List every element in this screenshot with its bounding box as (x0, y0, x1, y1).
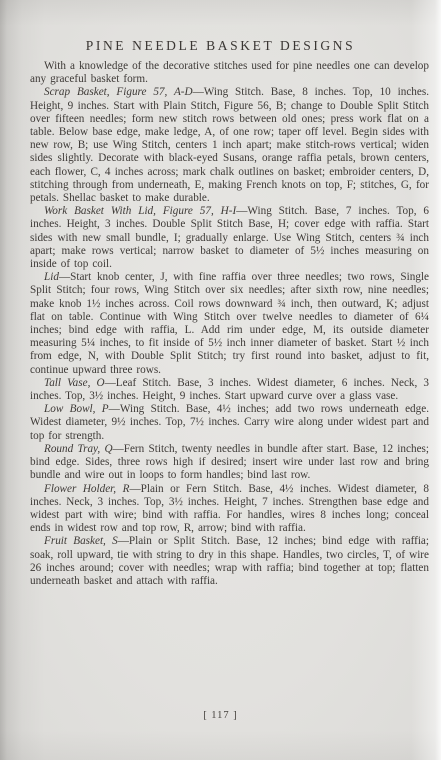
paragraph-lead: Scrap Basket, Figure 57, A-D (44, 86, 193, 98)
paragraph-lead: Flower Holder, R (44, 483, 129, 495)
paragraph-lead: Fruit Basket, S (44, 535, 118, 547)
paragraph: Scrap Basket, Figure 57, A-D—Wing Stitch… (30, 86, 429, 205)
paragraph: Fruit Basket, S—Plain or Split Stitch. B… (30, 535, 429, 588)
page-title: PINE NEEDLE BASKET DESIGNS (0, 0, 441, 54)
paragraph-text: With a knowledge of the decorative stitc… (30, 60, 429, 85)
paragraph-lead: Round Tray, Q (44, 443, 113, 455)
book-page: PINE NEEDLE BASKET DESIGNS With a knowle… (0, 0, 441, 760)
body-text: With a knowledge of the decorative stitc… (30, 60, 429, 588)
paragraph: Flower Holder, R—Plain or Fern Stitch. B… (30, 483, 429, 536)
paragraph-lead: Tall Vase, O (44, 377, 105, 389)
paragraph-lead: Work Basket With Lid, Figure 57, H-I (44, 205, 236, 217)
paragraph: With a knowledge of the decorative stitc… (30, 60, 429, 86)
paragraph: Tall Vase, O—Leaf Stitch. Base, 3 inches… (30, 377, 429, 403)
page-number: [ 117 ] (0, 710, 441, 721)
paragraph: Round Tray, Q—Fern Stitch, twenty needle… (30, 443, 429, 483)
paragraph: Low Bowl, P—Wing Stitch. Base, 4½ inches… (30, 403, 429, 443)
paragraph: Work Basket With Lid, Figure 57, H-I—Win… (30, 205, 429, 271)
paragraph-lead: Low Bowl, P (44, 403, 109, 415)
paragraph-text: —Start knob center, J, with fine raffia … (30, 271, 429, 375)
paragraph: Lid—Start knob center, J, with fine raff… (30, 271, 429, 377)
paragraph-text: —Wing Stitch. Base, 8 inches. Top, 10 in… (30, 86, 429, 204)
paragraph-lead: Lid (44, 271, 59, 283)
